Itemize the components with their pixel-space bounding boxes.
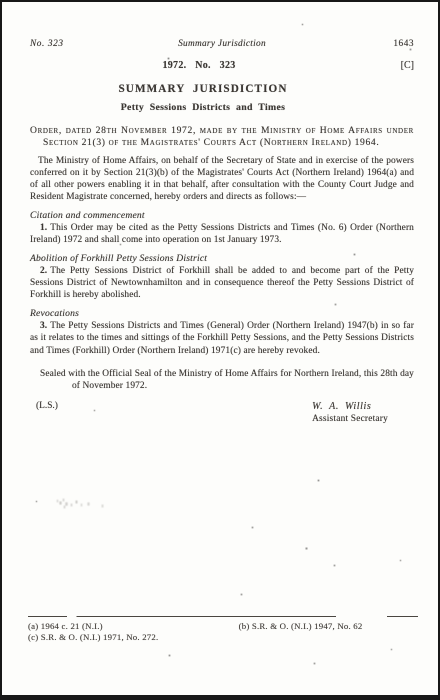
- order-preamble: Order, dated 28th November 1972, made by…: [30, 125, 414, 150]
- sealing-clause: Sealed with the Official Seal of the Min…: [30, 368, 414, 392]
- footnote-a: (a) 1964 c. 21 (N.I.): [28, 621, 239, 632]
- paragraph-1: 1.This Order may be cited as the Petty S…: [30, 222, 414, 246]
- signature-role: Assistant Secretary: [312, 414, 388, 424]
- section-heading-abolition: Abolition of Forkhill Petty Sessions Dis…: [30, 253, 414, 266]
- document-content: No. 323 Summary Jurisdiction 1643 1972. …: [30, 38, 414, 424]
- paragraph-3-number: 3.: [40, 321, 47, 331]
- scan-noise-specks: [2, 2, 3, 3]
- paragraph-2: 2.The Petty Sessions District of Forkhil…: [30, 265, 414, 302]
- classification-tag: [C]: [401, 60, 414, 72]
- footnote-column-left: (a) 1964 c. 21 (N.I.) (c) S.R. & O. (N.I…: [28, 621, 239, 643]
- pencil-smudge: [54, 494, 134, 514]
- document-subtitle: Petty Sessions Districts and Times: [30, 102, 414, 114]
- section-citation: Citation and commencement 1.This Order m…: [30, 210, 414, 247]
- paragraph-1-text: This Order may be cited as the Petty Ses…: [30, 223, 414, 245]
- section-heading-revocations: Revocations: [30, 308, 414, 321]
- footnote-grid: (a) 1964 c. 21 (N.I.) (c) S.R. & O. (N.I…: [28, 621, 418, 643]
- footnote-b: (b) S.R. & O. (N.I.) 1947, No. 62: [239, 621, 418, 632]
- footnote-column-right: (b) S.R. & O. (N.I.) 1947, No. 62: [239, 621, 418, 643]
- paragraph-2-number: 2.: [40, 266, 47, 276]
- footnote-c: (c) S.R. & O. (N.I.) 1971, No. 272.: [28, 632, 239, 643]
- footnotes: (a) 1964 c. 21 (N.I.) (c) S.R. & O. (N.I…: [28, 616, 418, 643]
- header-page-number: 1643: [324, 38, 414, 50]
- issue-number: 1972. No. 323: [162, 60, 235, 71]
- section-heading-citation: Citation and commencement: [30, 210, 414, 223]
- running-header: No. 323 Summary Jurisdiction 1643: [30, 38, 414, 50]
- scanned-document-page: No. 323 Summary Jurisdiction 1643 1972. …: [0, 0, 440, 700]
- signature-block: (L.S.) W. A. Willis Assistant Secretary: [30, 401, 414, 424]
- opening-paragraph: The Ministry of Home Affairs, on behalf …: [30, 155, 414, 204]
- paragraph-3: 3.The Petty Sessions Districts and Times…: [30, 320, 414, 357]
- section-revocations: Revocations 3.The Petty Sessions Distric…: [30, 308, 414, 357]
- section-abolition: Abolition of Forkhill Petty Sessions Dis…: [30, 253, 414, 302]
- issue-line: 1972. No. 323 [C]: [30, 60, 414, 72]
- header-running-title: Summary Jurisdiction: [120, 38, 324, 50]
- paragraph-2-text: The Petty Sessions District of Forkhill …: [30, 266, 414, 300]
- paragraph-3-text: The Petty Sessions Districts and Times (…: [30, 321, 414, 355]
- header-order-number: No. 323: [30, 38, 120, 50]
- document-title: SUMMARY JURISDICTION: [30, 83, 414, 96]
- paragraph-1-number: 1.: [40, 223, 47, 233]
- footnote-rule: [28, 616, 418, 617]
- signature-name: W. A. Willis: [312, 401, 388, 412]
- seal-locus-mark: (L.S.): [36, 401, 58, 411]
- signature: W. A. Willis Assistant Secretary: [312, 401, 388, 424]
